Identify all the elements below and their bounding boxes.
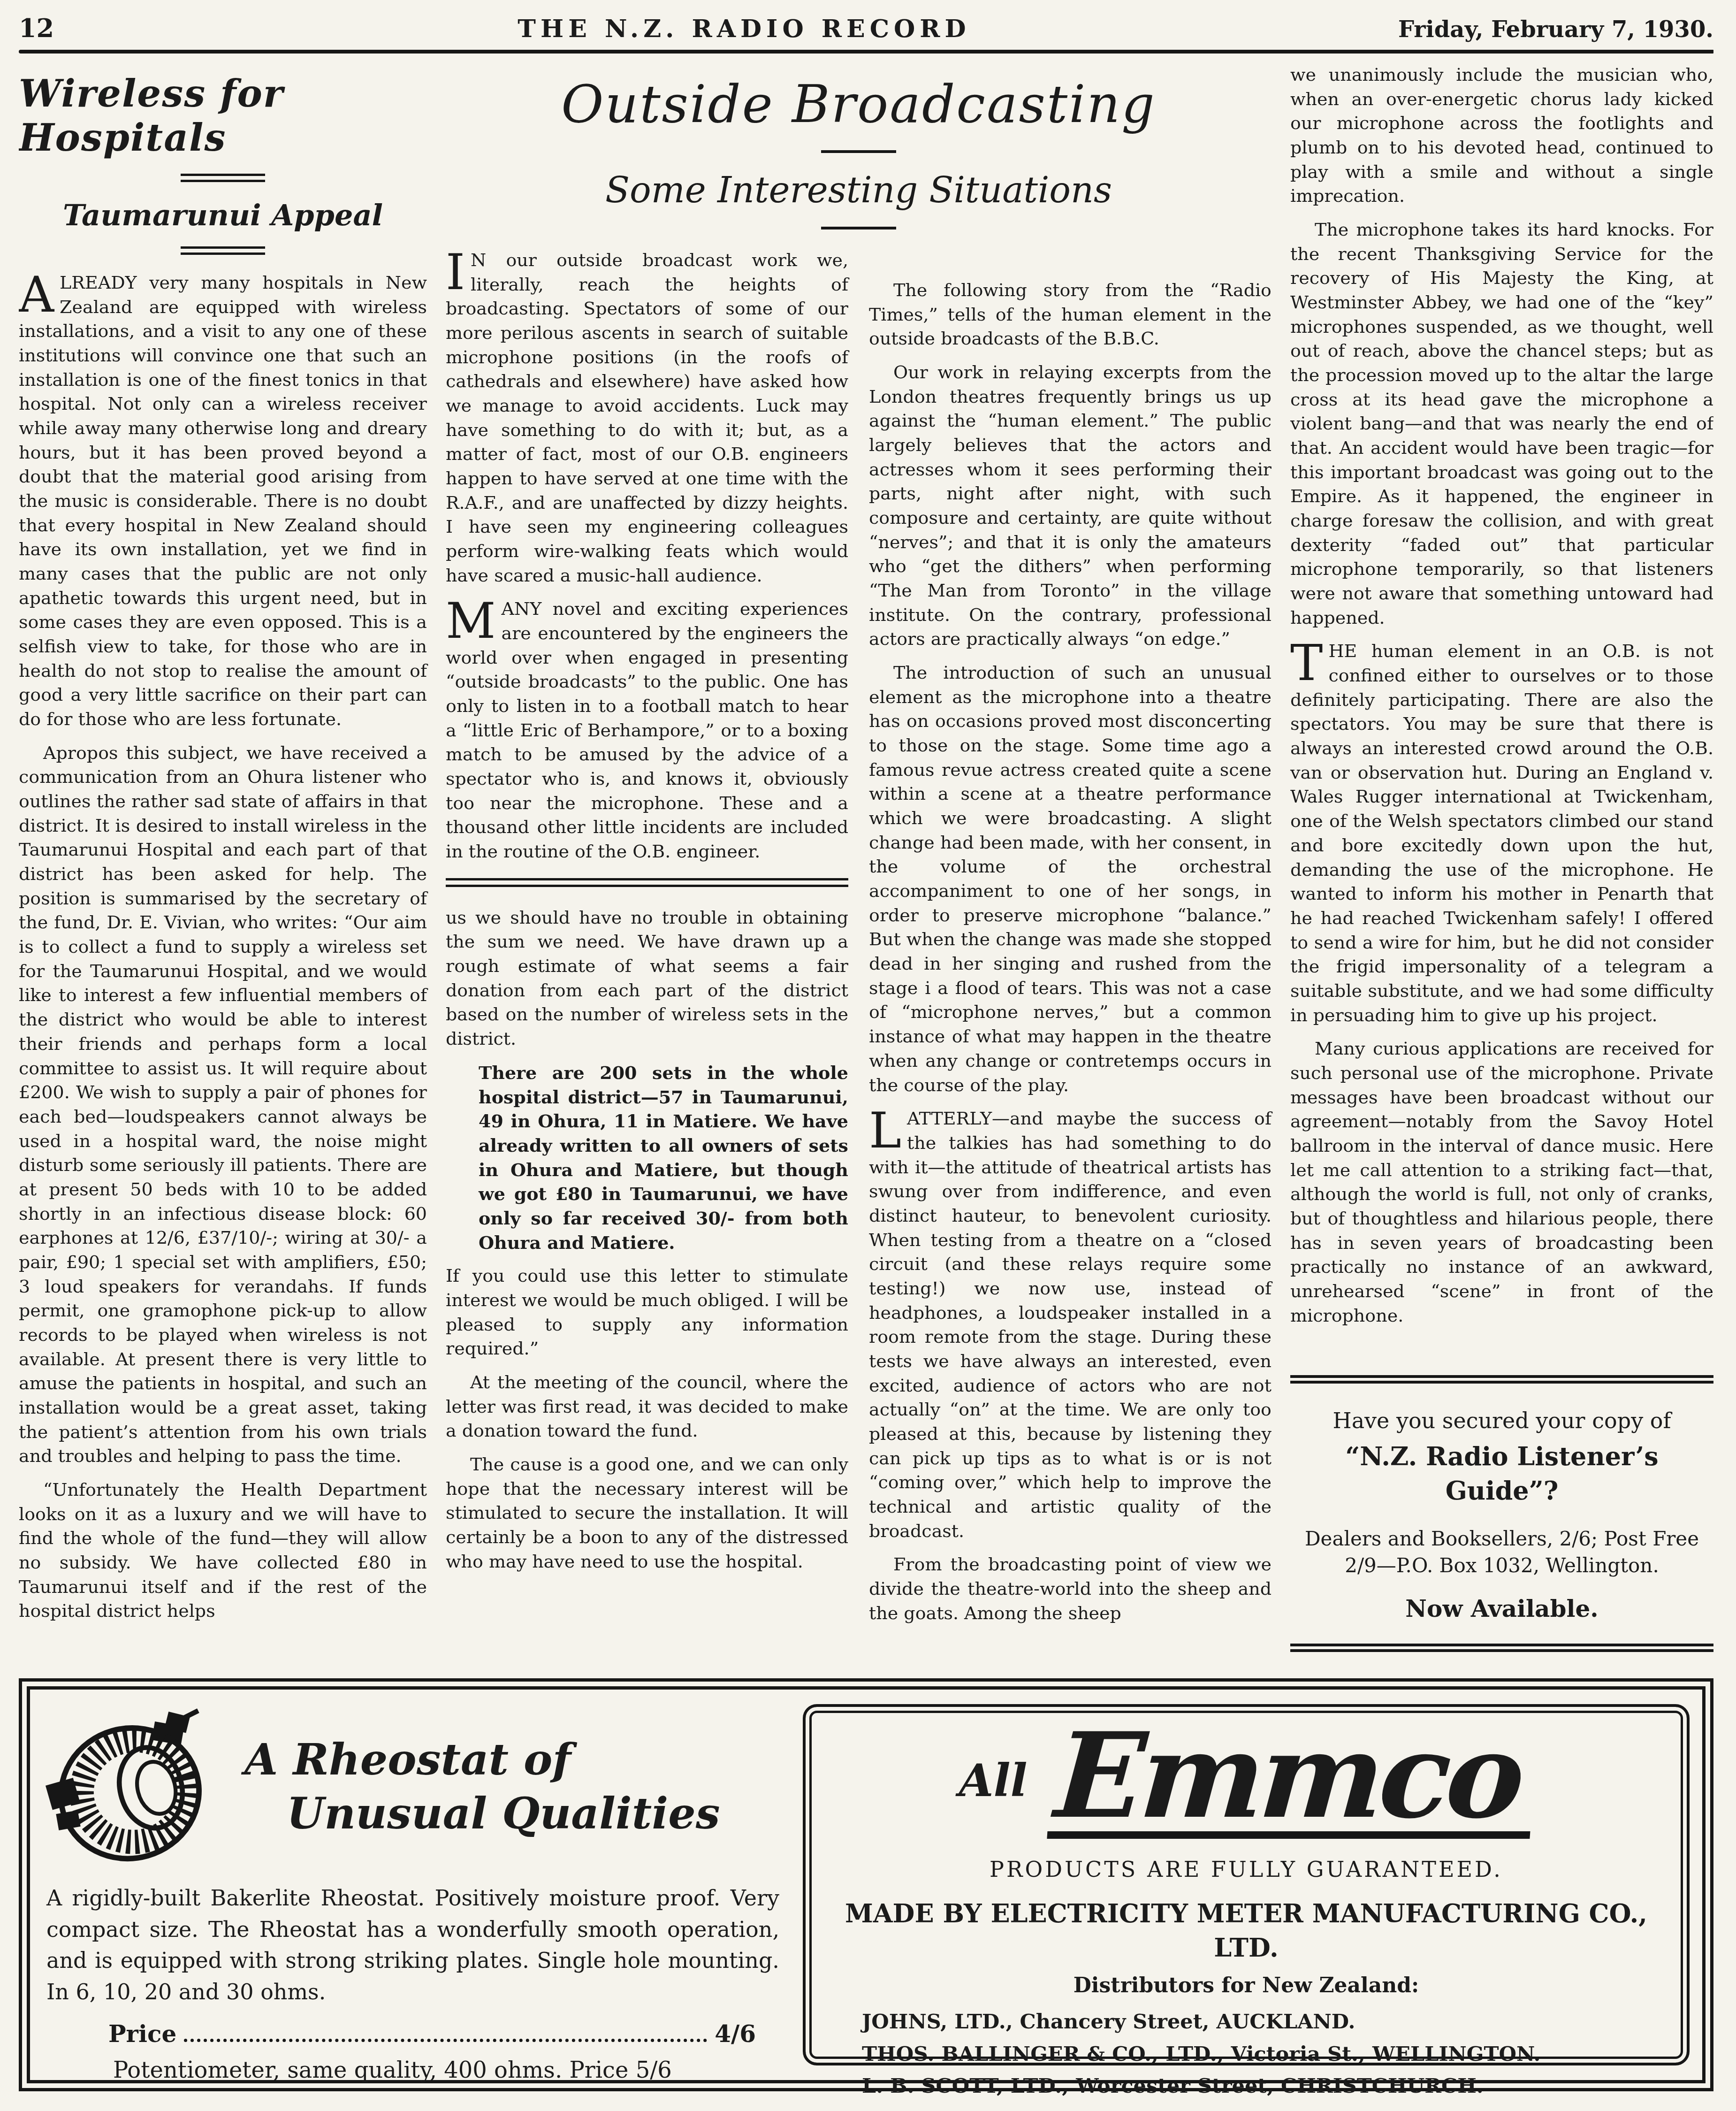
paragraph: ALREADY very many hospitals in New Zeala… [19, 271, 427, 732]
price-value: 4/6 [715, 2020, 756, 2048]
notice-availability: Now Available. [1298, 1593, 1706, 1625]
rheostat-headline-line2: Unusual Qualities [244, 1787, 720, 1841]
divider [181, 246, 265, 255]
paragraph: The following story from the “Radio Time… [869, 278, 1272, 351]
section-rule [446, 878, 848, 887]
paragraph-text: ANY novel and exciting experiences are e… [446, 598, 848, 862]
paragraph-text: N our outside broadcast work we, literal… [446, 250, 848, 586]
emmco-logo: Emmco [1047, 1723, 1538, 1839]
distributors-label: Distributors for New Zealand: [834, 1972, 1659, 2000]
newspaper-page: 12 THE N.Z. RADIO RECORD Friday, Februar… [0, 0, 1736, 2111]
rheostat-headline: A Rheostat of Unusual Qualities [244, 1733, 720, 1841]
paragraph-text: HE human element in an O.B. is not confi… [1290, 641, 1713, 1025]
distributor-item: L. B. SCOTT, LTD., Worcester Street, CHR… [862, 2073, 1659, 2100]
dropcap: I [446, 248, 471, 292]
rheostat-description: A rigidly-built Bakerlite Rheostat. Posi… [46, 1882, 779, 2008]
divider [821, 227, 896, 229]
guarantee-text: PRODUCTS ARE FULLY GUARANTEED. [834, 1855, 1659, 1884]
rheostat-illustration [43, 1704, 230, 1869]
all-word: All [959, 1755, 1028, 1807]
main-article-head: Outside Broadcasting Some Interesting Si… [446, 74, 1272, 229]
notice-question: Have you secured your copy of [1298, 1406, 1706, 1436]
rheostat-headline-line1: A Rheostat of [244, 1733, 720, 1787]
paragraph: At the meeting of the council, where the… [446, 1370, 848, 1443]
main-article-column-2: IN our outside broadcast work we, litera… [446, 248, 848, 1635]
emmco-brand-section: All Emmco PRODUCTS ARE FULLY GUARANTEED.… [803, 1704, 1690, 2065]
paragraph: Our work in relaying excerpts from the L… [869, 360, 1272, 651]
paragraph: “Unfortunately the Health Department loo… [19, 1478, 427, 1623]
paragraph-bold: There are 200 sets in the whole hospital… [479, 1061, 848, 1254]
notice-guide-title: “N.Z. Radio Listener’s Guide”? [1298, 1439, 1706, 1508]
notice-price-info: Dealers and Booksellers, 2/6; Post Free … [1298, 1525, 1706, 1579]
left-article-subtitle: Taumarunui Appeal [19, 198, 427, 232]
page-header: 12 THE N.Z. RADIO RECORD Friday, Februar… [19, 13, 1713, 43]
paragraph: we unanimously include the musician who,… [1290, 63, 1713, 208]
price-label: Price [108, 2020, 176, 2048]
paragraph: The introduction of such an unusual elem… [869, 661, 1272, 1097]
paragraph: If you could use this letter to stimulat… [446, 1264, 848, 1361]
distributor-item: JOHNS, LTD., Chancery Street, AUCKLAND. [862, 2008, 1659, 2035]
main-article-column-3: The following story from the “Radio Time… [869, 248, 1272, 1635]
main-article-title: Outside Broadcasting [446, 74, 1272, 134]
rheostat-ad-top: A Rheostat of Unusual Qualities [43, 1704, 784, 1869]
main-article-columns: IN our outside broadcast work we, litera… [446, 248, 1272, 1635]
paragraph-text: LREADY very many hospitals in New Zealan… [19, 272, 427, 729]
masthead-title: THE N.Z. RADIO RECORD [131, 15, 1357, 43]
emmco-logo-row: All Emmco [834, 1723, 1659, 1839]
paragraph: us we should have no trouble in obtainin… [446, 906, 848, 1051]
main-article-subtitle: Some Interesting Situations [446, 169, 1272, 211]
page-number: 12 [19, 13, 131, 43]
paragraph: MANY novel and exciting experiences are … [446, 597, 848, 864]
paragraph: THE human element in an O.B. is not conf… [1290, 639, 1713, 1027]
paragraph: Apropos this subject, we have received a… [19, 741, 427, 1469]
price-leader-dots [184, 2039, 707, 2042]
paragraph-text: ATTERLY—and maybe the success of the tal… [869, 1108, 1272, 1541]
dropcap: A [19, 271, 60, 314]
paragraph: LATTERLY—and maybe the success of the ta… [869, 1107, 1272, 1543]
distributor-item: THOS. BALLINGER & CO., LTD., Victoria St… [862, 2041, 1659, 2068]
paragraph: From the broadcasting point of view we d… [869, 1553, 1272, 1625]
paragraph: IN our outside broadcast work we, litera… [446, 248, 848, 588]
rheostat-ad-section: A Rheostat of Unusual Qualities A rigidl… [43, 1704, 784, 2065]
price-row: Price 4/6 [108, 2020, 756, 2048]
manufacturer-text: MADE BY ELECTRICITY METER MANUFACTURING … [834, 1897, 1659, 1966]
article-continuation-column: we unanimously include the musician who,… [1290, 63, 1713, 1659]
paragraph: The cause is a good one, and we can only… [446, 1453, 848, 1574]
left-article-title: Wireless for Hospitals [19, 71, 427, 160]
issue-date: Friday, February 7, 1930. [1357, 16, 1713, 43]
page-columns: Wireless for Hospitals Taumarunui Appeal… [19, 63, 1713, 1659]
paragraph: The microphone takes its hard knocks. Fo… [1290, 218, 1713, 630]
divider [821, 150, 896, 153]
dropcap: L [869, 1107, 907, 1150]
emmco-advertisement: A Rheostat of Unusual Qualities A rigidl… [19, 1678, 1713, 2091]
dropcap: M [446, 597, 502, 641]
dropcap: T [1290, 639, 1328, 683]
listeners-guide-notice: Have you secured your copy of “N.Z. Radi… [1290, 1375, 1713, 1652]
header-rule [19, 50, 1713, 54]
article-outside-broadcasting: Outside Broadcasting Some Interesting Si… [446, 63, 1272, 1659]
article-wireless-for-hospitals: Wireless for Hospitals Taumarunui Appeal… [19, 63, 427, 1659]
potentiometer-price: Potentiometer, same quality, 400 ohms. P… [113, 2055, 784, 2086]
divider [181, 174, 265, 182]
paragraph: Many curious applications are received f… [1290, 1037, 1713, 1328]
